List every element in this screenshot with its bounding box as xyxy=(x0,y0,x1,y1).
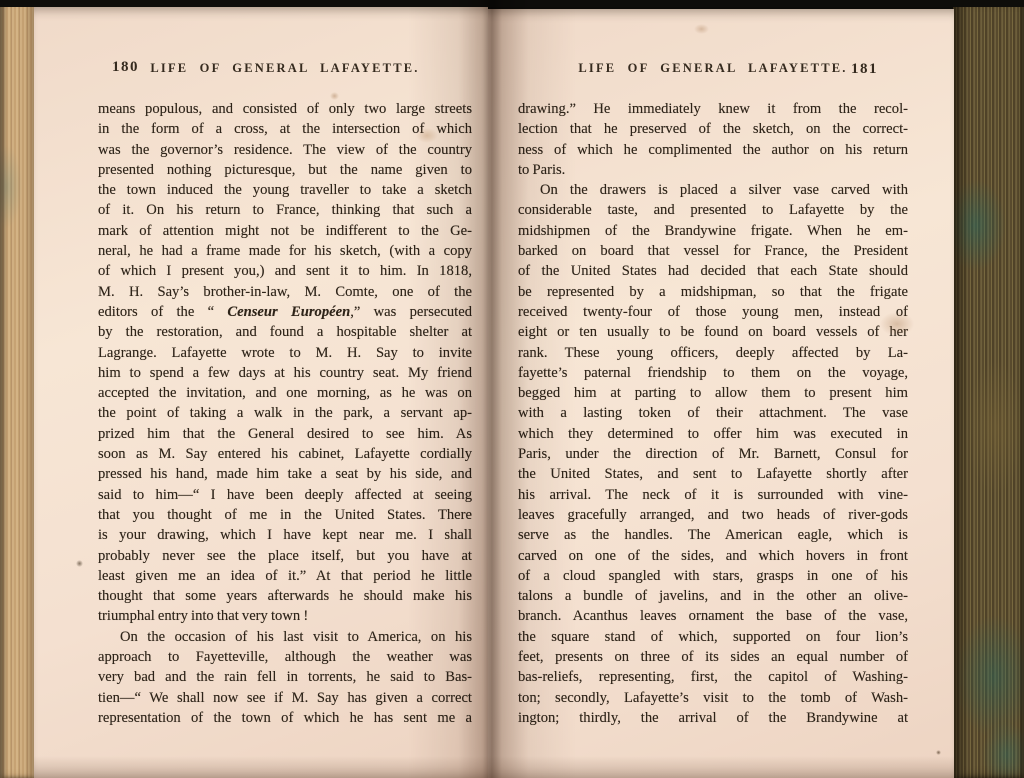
text-line: thought that some years afterwards he sh… xyxy=(98,586,472,606)
text-line: barked on board that vessel for France, … xyxy=(518,241,908,261)
text-line: fayette’s paternal friendship to them on… xyxy=(518,363,908,383)
text-line: editors of the “ Censeur Européen,” was … xyxy=(98,302,472,322)
text-line: of it. On his return to France, thinking… xyxy=(98,200,472,220)
text-line: lection that he preserved of the sketch,… xyxy=(518,119,908,139)
text-line: very bad and the rain fell in torrents, … xyxy=(98,667,472,687)
text-line: him to spend a few days at his country s… xyxy=(98,363,472,383)
text-line: serve as the handles. The American eagle… xyxy=(518,525,908,545)
text-line: feet, presents on three of its sides an … xyxy=(518,647,908,667)
text-line: pressed his hand, made him take a seat b… xyxy=(98,464,472,484)
left-page-edges xyxy=(0,0,36,778)
text-line: presented nothing picturesque, but the n… xyxy=(98,160,472,180)
text-line: to Paris. xyxy=(518,160,908,180)
text-line: carved on one of the sides, and which ho… xyxy=(518,546,908,566)
text-line: drawing.” He immediately knew it from th… xyxy=(518,99,908,119)
text-line: M. H. Say’s brother-in-law, M. Comte, on… xyxy=(98,282,472,302)
right-page-text: drawing.” He immediately knew it from th… xyxy=(518,99,908,728)
text-line: rank. These young officers, deeply affec… xyxy=(518,343,908,363)
text-line: the United States, and sent to Lafayette… xyxy=(518,464,908,484)
text-line: accepted the invitation, and one morning… xyxy=(98,383,472,403)
text-line: was the governor’s residence. The view o… xyxy=(98,140,472,160)
text-line: bas-reliefs, representing, first, the ca… xyxy=(518,667,908,687)
text-line: eight or ten usually to be found on boar… xyxy=(518,322,908,342)
text-line: midshipmen of the Brandywine frigate. Wh… xyxy=(518,221,908,241)
text-line: is your drawing, which I have kept near … xyxy=(98,525,472,545)
book-photo: { "book": { "left_page": { "number": "18… xyxy=(0,0,1024,778)
text-line: branch. Acanthus leaves ornament the bas… xyxy=(518,606,908,626)
text-line: means populous, and consisted of only tw… xyxy=(98,99,472,119)
running-head-left: 180 LIFE OF GENERAL LAFAYETTE. xyxy=(98,7,472,83)
left-page: 180 LIFE OF GENERAL LAFAYETTE. means pop… xyxy=(34,7,488,778)
text-line: On the drawers is placed a silver vase c… xyxy=(518,180,908,200)
text-line: leaves gracefully arranged, and two head… xyxy=(518,505,908,525)
text-line: by the restoration, and found a hospitab… xyxy=(98,322,472,342)
text-line: of which I present you,) and sent it to … xyxy=(98,261,472,281)
text-line: the point of taking a walk in the park, … xyxy=(98,403,472,423)
text-line: his arrival. The neck of it is surrounde… xyxy=(518,485,908,505)
text-line: begged him at parting to allow them to p… xyxy=(518,383,908,403)
text-line: said to him—“ I have been deeply affecte… xyxy=(98,485,472,505)
running-head-right: LIFE OF GENERAL LAFAYETTE. 181 xyxy=(518,9,908,83)
running-head-title: LIFE OF GENERAL LAFAYETTE. xyxy=(150,61,419,75)
text-line: ton; secondly, Lafayette’s visit to the … xyxy=(518,688,908,708)
text-line: the square stand of which, supported on … xyxy=(518,627,908,647)
text-line: of a cloud spangled with stars, grasps i… xyxy=(518,566,908,586)
page-number-right: 181 xyxy=(851,61,878,78)
text-line: tien—“ We shall now see if M. Say has gi… xyxy=(98,688,472,708)
photo-top-edge xyxy=(0,0,1024,7)
text-line: Lagrange. Lafayette wrote to M. H. Say t… xyxy=(98,343,472,363)
text-line: On the occasion of his last visit to Ame… xyxy=(98,627,472,647)
text-line: which they determined to offer him was e… xyxy=(518,424,908,444)
text-line: approach to Fayetteville, although the w… xyxy=(98,647,472,667)
text-line: neral, he had a frame made for his sketc… xyxy=(98,241,472,261)
text-line: ness of which he complimented the author… xyxy=(518,140,908,160)
page-number-left: 180 xyxy=(112,59,139,76)
text-line: least given me an idea of it.” At that p… xyxy=(98,566,472,586)
left-page-text: means populous, and consisted of only tw… xyxy=(98,99,472,728)
running-head-title: LIFE OF GENERAL LAFAYETTE. xyxy=(578,61,847,75)
text-line: considerable taste, and presented to Laf… xyxy=(518,200,908,220)
text-line: the town induced the young traveller to … xyxy=(98,180,472,200)
text-line: talons a bundle of javelins, and in the … xyxy=(518,586,908,606)
text-line: prized him that the General desired to s… xyxy=(98,424,472,444)
right-page: LIFE OF GENERAL LAFAYETTE. 181 drawing.”… xyxy=(488,9,954,778)
text-line: received twenty-four of those young men,… xyxy=(518,302,908,322)
text-line: with a lasting token of their attachment… xyxy=(518,403,908,423)
text-line: be represented by a midshipman, so that … xyxy=(518,282,908,302)
book-fore-edge xyxy=(953,0,1024,778)
text-line: representation of the town of which he h… xyxy=(98,708,472,728)
text-line: triumphal entry into that very town ! xyxy=(98,606,472,626)
text-line: soon as M. Say entered his cabinet, Lafa… xyxy=(98,444,472,464)
text-line: in the form of a cross, at the intersect… xyxy=(98,119,472,139)
text-line: Paris, under the direction of Mr. Barnet… xyxy=(518,444,908,464)
text-line: probably never see the place itself, but… xyxy=(98,546,472,566)
text-line: of the United States had decided that ea… xyxy=(518,261,908,281)
text-line: mark of attention might not be indiffere… xyxy=(98,221,472,241)
text-line: that you thought of me in the United Sta… xyxy=(98,505,472,525)
text-line: ington; thirdly, the arrival of the Bran… xyxy=(518,708,908,728)
